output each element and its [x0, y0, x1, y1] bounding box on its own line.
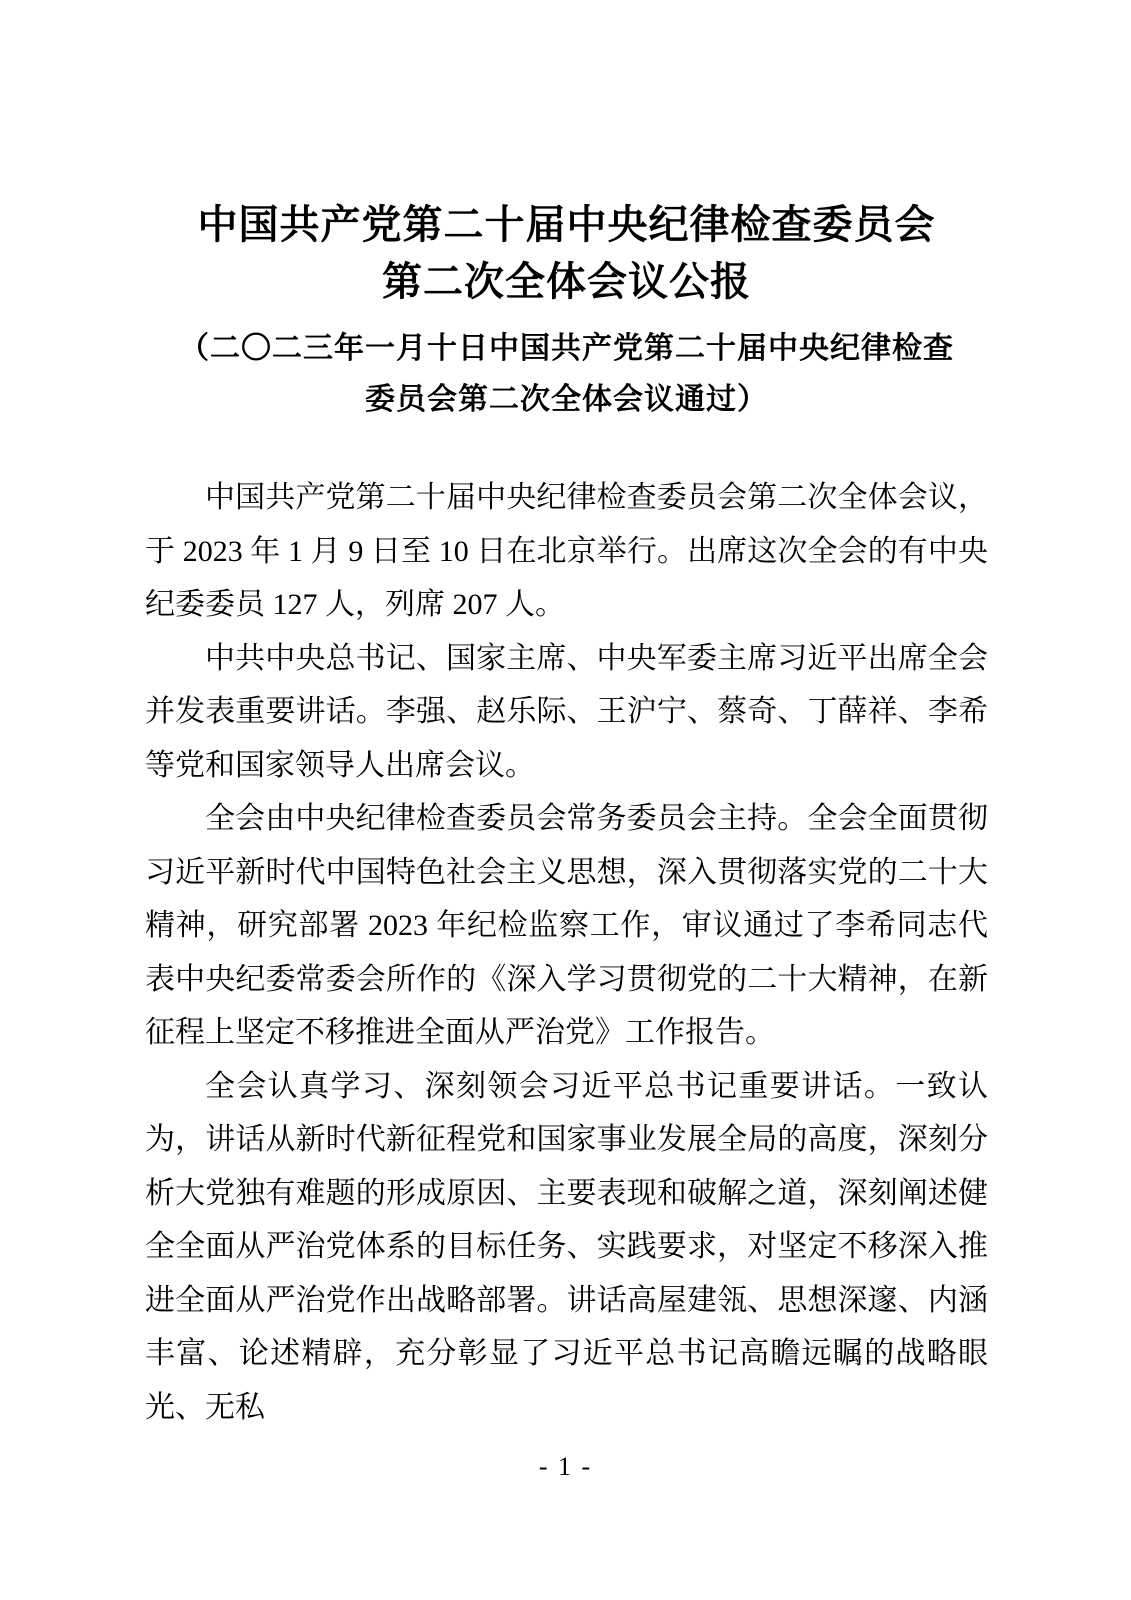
document-body: 中国共产党第二十届中央纪律检查委员会第二次全体会议，于 2023 年 1 月 9… — [145, 471, 988, 1434]
title-line-1: 中国共产党第二十届中央纪律检查委员会 — [145, 196, 988, 253]
page-number: - 1 - — [0, 1452, 1131, 1482]
document-content: 中国共产党第二十届中央纪律检查委员会 第二次全体会议公报 （二〇二三年一月十日中… — [0, 0, 1131, 1434]
paragraph-1: 中国共产党第二十届中央纪律检查委员会第二次全体会议，于 2023 年 1 月 9… — [145, 471, 988, 632]
paragraph-2: 中共中央总书记、国家主席、中央军委主席习近平出席全会并发表重要讲话。李强、赵乐际… — [145, 632, 988, 793]
page-title: 中国共产党第二十届中央纪律检查委员会 第二次全体会议公报 — [145, 196, 988, 310]
paragraph-4: 全会认真学习、深刻领会习近平总书记重要讲话。一致认为，讲话从新时代新征程党和国家… — [145, 1060, 988, 1435]
paragraph-3: 全会由中央纪律检查委员会常务委员会主持。全会全面贯彻习近平新时代中国特色社会主义… — [145, 792, 988, 1060]
document-subtitle: （二〇二三年一月十日中国共产党第二十届中央纪律检查 委员会第二次全体会议通过） — [145, 323, 988, 425]
title-line-2: 第二次全体会议公报 — [145, 253, 988, 310]
subtitle-line-2: 委员会第二次全体会议通过） — [145, 374, 988, 425]
subtitle-line-1: （二〇二三年一月十日中国共产党第二十届中央纪律检查 — [145, 323, 988, 374]
document-page: 中国共产党第二十届中央纪律检查委员会 第二次全体会议公报 （二〇二三年一月十日中… — [0, 0, 1131, 1600]
